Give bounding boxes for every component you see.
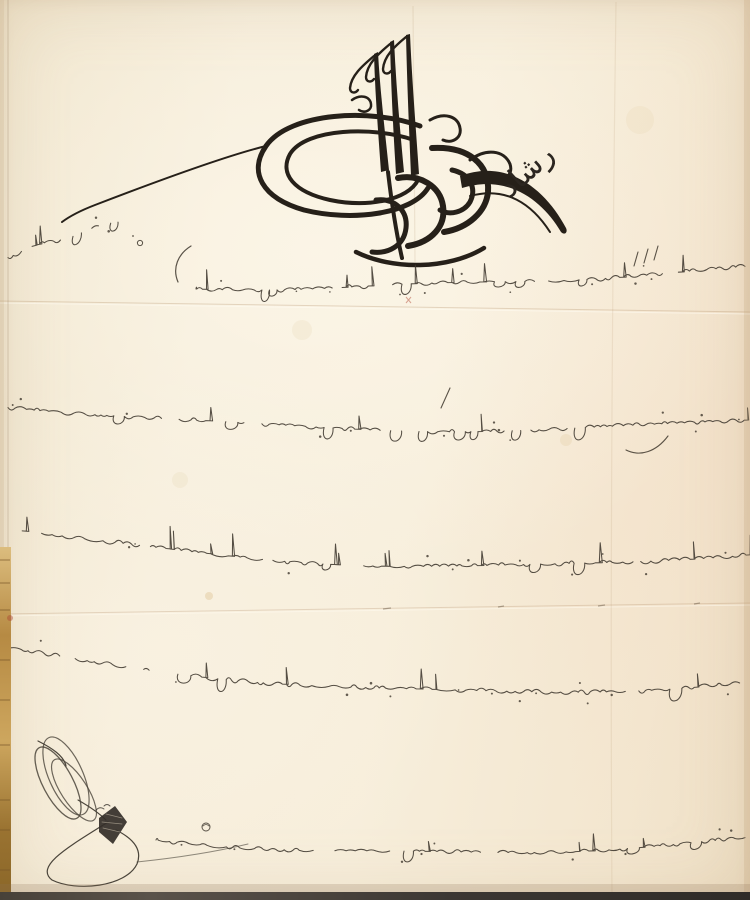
signature-flourish	[26, 731, 248, 887]
left-paper-edge	[0, 0, 4, 548]
document-page: رشاد	[0, 0, 750, 900]
tughra-shaft	[374, 52, 389, 172]
handwritten-line-body-1	[196, 255, 745, 301]
page-edges	[0, 0, 750, 900]
tughra-shaft	[390, 40, 404, 174]
tughra-shaft	[406, 34, 419, 176]
handwritten-line-header-annotation	[8, 217, 118, 259]
handwritten-line-closing	[156, 828, 745, 863]
bottom-dark-strip	[0, 892, 750, 900]
ink-seal	[96, 805, 127, 845]
right-paper-edge	[744, 0, 750, 900]
document-scan-art: رشاد	[0, 0, 750, 900]
left-gilt-edge	[0, 547, 11, 900]
handwritten-line-body-4	[7, 640, 740, 705]
red-smudge	[7, 615, 13, 621]
handwritten-line-body-3	[8, 517, 750, 575]
handwriting-lines	[7, 217, 750, 863]
handwritten-line-body-2	[8, 398, 749, 442]
fold-creases	[0, 2, 750, 898]
tughra	[62, 34, 567, 265]
handwriting-flourishes	[132, 235, 668, 831]
bottom-shadow	[0, 884, 750, 893]
